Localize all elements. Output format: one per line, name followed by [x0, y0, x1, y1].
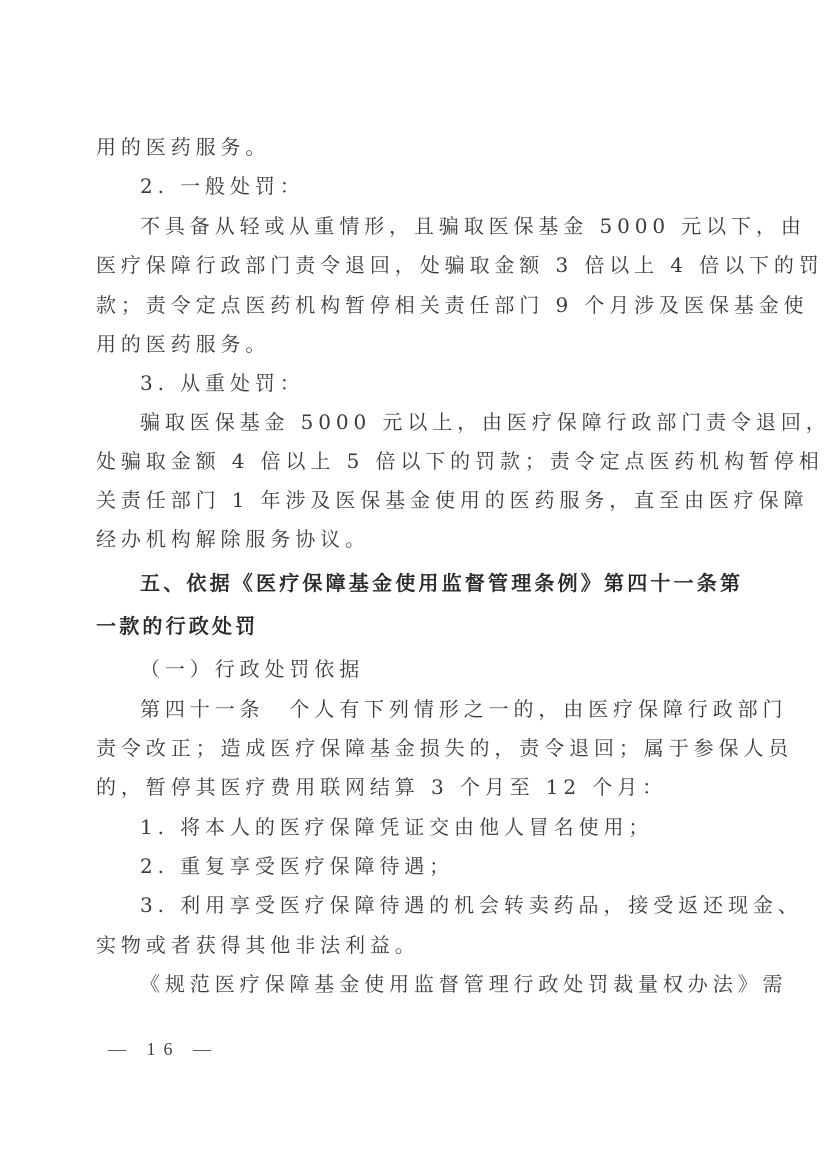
text-line: 经办机构解除服务协议。	[96, 524, 370, 554]
text-line: 处骗取金额 4 倍以上 5 倍以下的罚款；责令定点医药机构暂停相	[96, 446, 824, 476]
text-line: 不具备从轻或从重情形，且骗取医保基金 5000 元以下，由	[140, 211, 806, 241]
text-line: 款；责令定点医药机构暂停相关责任部门 9 个月涉及医保基金使	[96, 290, 808, 320]
section-heading: 五、依据《医疗保障基金使用监督管理条例》第四十一条第	[140, 568, 743, 598]
text-line: 责令改正；造成医疗保障基金损失的，责令退回；属于参保人员	[96, 733, 793, 763]
text-line: 的，暂停其医疗费用联网结算 3 个月至 12 个月：	[96, 772, 667, 802]
text-line: 用的医药服务。	[96, 329, 270, 359]
subsection-label-heavy-penalty: 3. 从重处罚：	[140, 368, 305, 398]
text-line: 第四十一条 个人有下列情形之一的，由医疗保障行政部门	[140, 694, 787, 724]
text-line: 实物或者获得其他非法利益。	[96, 930, 420, 960]
list-item: 3. 利用享受医疗保障待遇的机会转卖药品，接受返还现金、	[140, 890, 803, 920]
text-line: 用的医药服务。	[96, 132, 270, 162]
list-item: 1. 将本人的医疗保障凭证交由他人冒名使用；	[140, 812, 653, 842]
text-line: 医疗保障行政部门责令退回，处骗取金额 3 倍以上 4 倍以下的罚	[96, 250, 824, 280]
text-line: 骗取医保基金 5000 元以上，由医疗保障行政部门责令退回，	[140, 407, 827, 437]
page-number: — 16 —	[108, 1036, 219, 1062]
text-line: 关责任部门 1 年涉及医保基金使用的医药服务，直至由医疗保障	[96, 485, 808, 515]
subsection-heading: （一）行政处罚依据	[140, 654, 364, 684]
section-heading-continued: 一款的行政处罚	[96, 611, 258, 641]
list-item: 2. 重复享受医疗保障待遇；	[140, 851, 454, 881]
subsection-label-general-penalty: 2. 一般处罚：	[140, 171, 305, 201]
text-line: 《规范医疗保障基金使用监督管理行政处罚裁量权办法》需	[140, 969, 787, 999]
